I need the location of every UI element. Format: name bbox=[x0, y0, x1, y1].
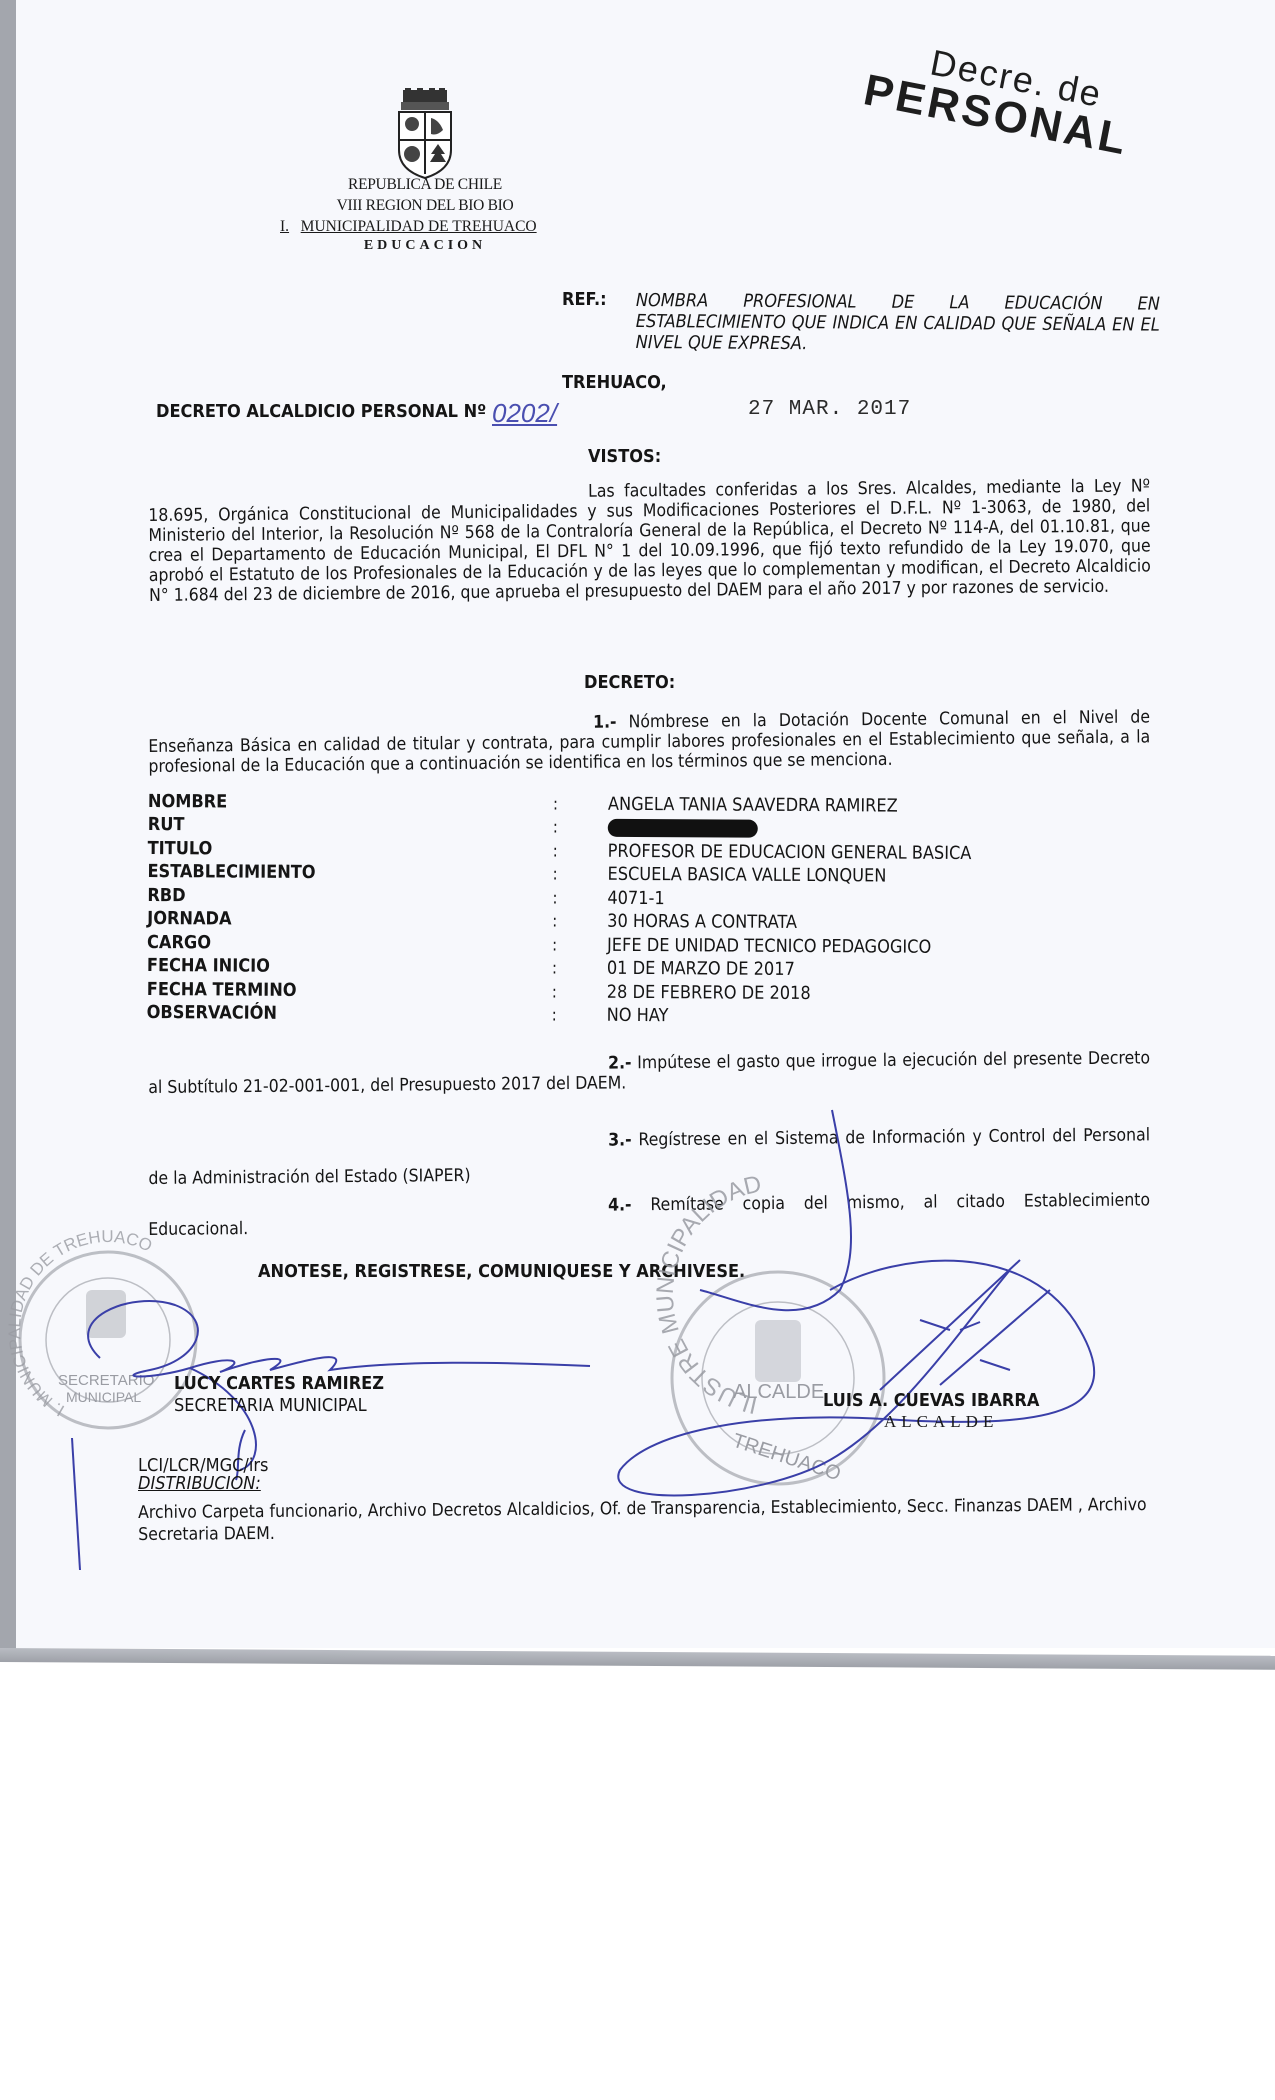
secretary-name: LUCY CARTES RAMIREZ bbox=[174, 1374, 384, 1394]
field-value bbox=[608, 818, 758, 839]
field-label: OBSERVACIÓN bbox=[147, 1003, 552, 1025]
mayor-role: ALCALDE bbox=[884, 1412, 998, 1432]
scan-edge-left bbox=[0, 0, 16, 1660]
field-label: FECHA TERMINO bbox=[147, 980, 552, 1002]
item-1-text: Nómbrese en la Dotación Docente Comunal … bbox=[148, 707, 1150, 777]
field-colon: : bbox=[553, 841, 608, 861]
field-label: RBD bbox=[147, 886, 552, 908]
date-stamp: 27 MAR. 2017 bbox=[748, 398, 911, 421]
closing-formula: ANOTESE, REGISTRESE, COMUNIQUESE Y ARCHI… bbox=[258, 1262, 745, 1282]
secretary-role: SECRETARIA MUNICIPAL bbox=[174, 1396, 367, 1416]
decree-title: DECRETO ALCALDICIO PERSONAL Nº bbox=[156, 402, 486, 422]
field-value: NO HAY bbox=[607, 1006, 669, 1026]
field-colon: : bbox=[553, 794, 608, 814]
field-label: FECHA INICIO bbox=[147, 956, 552, 978]
field-value: 4071-1 bbox=[607, 889, 664, 909]
decreto-item-1: 1.- Nómbrese en la Dotación Docente Comu… bbox=[148, 707, 1151, 777]
appointment-fields: NOMBRE:ANGELA TANIA SAAVEDRA RAMIREZRUT:… bbox=[147, 790, 1048, 1030]
decreto-item-3: 3.- Regístrese en el Sistema de Informac… bbox=[148, 1118, 1151, 1196]
field-value: PROFESOR DE EDUCACION GENERAL BASICA bbox=[608, 842, 972, 864]
field-value: ANGELA TANIA SAAVEDRA RAMIREZ bbox=[608, 795, 898, 817]
vistos-body: Las facultades conferidas a los Sres. Al… bbox=[148, 476, 1151, 606]
item-4-number: 4.- bbox=[608, 1195, 632, 1215]
field-value: 28 DE FEBRERO DE 2018 bbox=[607, 983, 811, 1004]
field-colon: : bbox=[552, 959, 607, 979]
header-muni-prefix: I. bbox=[280, 218, 289, 235]
ref-label: REF.: bbox=[562, 290, 607, 310]
coat-of-arms-icon bbox=[393, 88, 457, 180]
header-country: REPUBLICA DE CHILE bbox=[250, 176, 600, 194]
ref-text: NOMBRA PROFESIONAL DE LA EDUCACIÓN EN ES… bbox=[636, 290, 1160, 357]
header-muni-name: MUNICIPALIDAD DE TREHUACO bbox=[301, 218, 537, 235]
field-colon: : bbox=[552, 1006, 607, 1026]
decreto-heading: DECRETO: bbox=[584, 673, 675, 693]
field-label: ESTABLECIMIENTO bbox=[147, 862, 552, 884]
field-value: 30 HORAS A CONTRATA bbox=[607, 912, 797, 933]
field-colon: : bbox=[552, 888, 607, 908]
item-3-text: Regístrese en el Sistema de Información … bbox=[148, 1125, 1150, 1189]
field-label: NOMBRE bbox=[148, 792, 553, 814]
item-2-number: 2.- bbox=[608, 1053, 632, 1073]
field-label: JORNADA bbox=[147, 909, 552, 931]
field-colon: : bbox=[552, 982, 607, 1002]
field-value: 01 DE MARZO DE 2017 bbox=[607, 959, 795, 980]
field-label: CARGO bbox=[147, 933, 552, 955]
field-label: RUT bbox=[148, 815, 553, 837]
scan-edge-bottom bbox=[0, 1648, 1275, 1670]
distribution-heading: DISTRIBUCION: bbox=[138, 1474, 261, 1494]
decree-number: 0202/ bbox=[492, 398, 557, 429]
field-label: TITULO bbox=[148, 839, 553, 861]
item-3-number: 3.- bbox=[608, 1130, 632, 1150]
place: TREHUACO, bbox=[562, 373, 667, 393]
redaction-mark bbox=[608, 819, 758, 838]
vistos-heading: VISTOS: bbox=[588, 447, 661, 467]
field-colon: : bbox=[552, 935, 607, 955]
header-region: VIII REGION DEL BIO BIO bbox=[250, 197, 600, 215]
item-1-number: 1.- bbox=[593, 713, 617, 733]
field-colon: : bbox=[552, 865, 607, 885]
mayor-name: LUIS A. CUEVAS IBARRA bbox=[823, 1391, 1039, 1411]
field-value: ESCUELA BASICA VALLE LONQUEN bbox=[607, 865, 886, 887]
field-value: JEFE DE UNIDAD TECNICO PEDAGOGICO bbox=[607, 936, 931, 958]
field-colon: : bbox=[553, 818, 608, 838]
field-colon: : bbox=[552, 912, 607, 932]
vistos-text: Las facultades conferidas a los Sres. Al… bbox=[148, 476, 1151, 606]
header-department: EDUCACION bbox=[250, 238, 600, 254]
header-municipality: I. MUNICIPALIDAD DE TREHUACO bbox=[280, 218, 537, 236]
distribution-list: Archivo Carpeta funcionario, Archivo Dec… bbox=[138, 1494, 1148, 1546]
